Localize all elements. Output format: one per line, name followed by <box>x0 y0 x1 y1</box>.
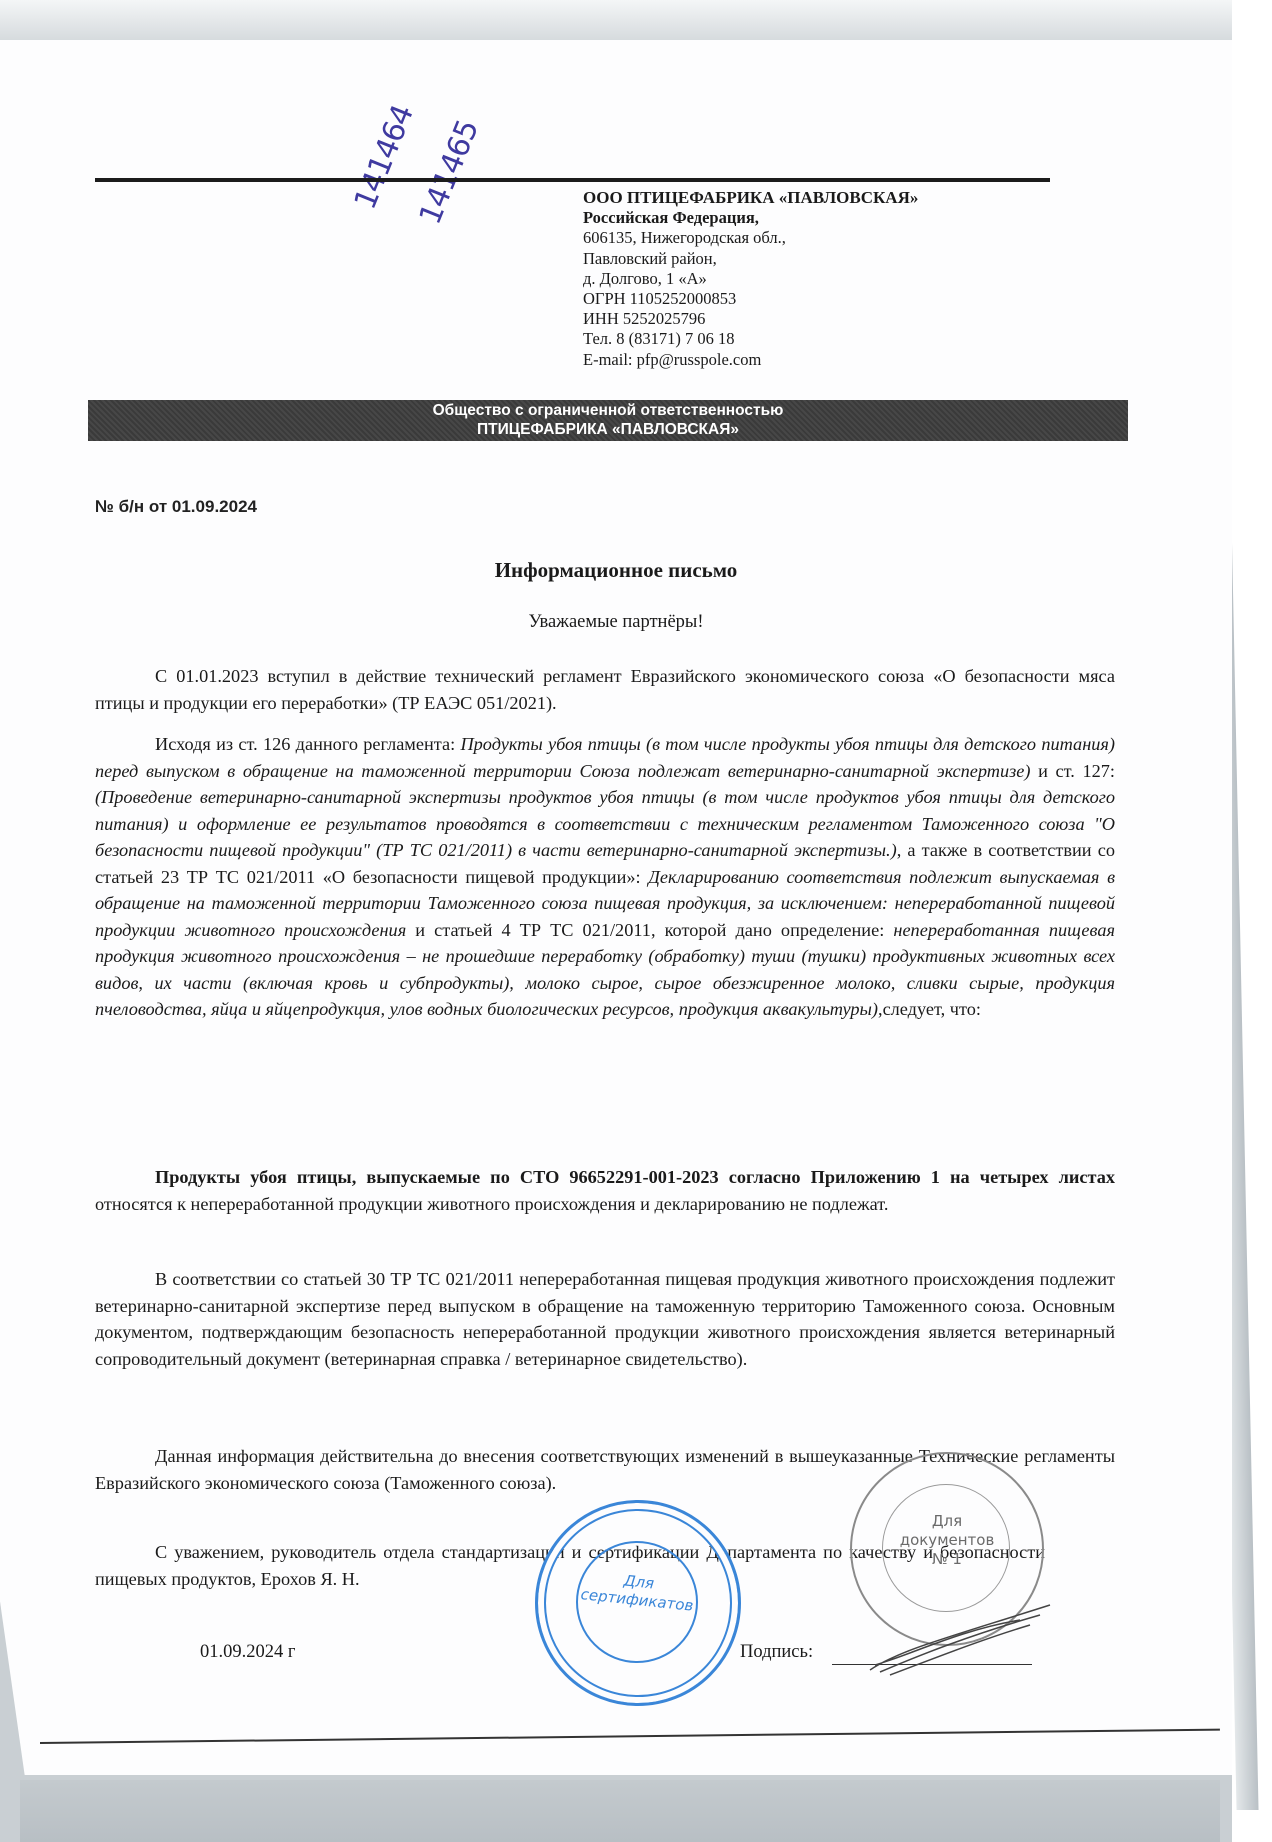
p2-segment: и ст. 127: <box>1030 761 1115 781</box>
paragraph-1-text: С 01.01.2023 вступил в действие техничес… <box>95 663 1115 716</box>
blue-stamp-icon: Для сертификатов <box>535 1500 741 1706</box>
company-name: ООО ПТИЦЕФАБРИКА «ПАВЛОВСКАЯ» <box>583 188 1063 208</box>
document-title: Информационное письмо <box>0 558 1232 583</box>
company-country: Российская Федерация, <box>583 208 1063 228</box>
paragraph-3-text: Продукты убоя птицы, выпускаемые по СТО … <box>95 1164 1115 1217</box>
stamp-center-text: Для документов № 1 <box>852 1512 1042 1569</box>
paragraph-2: Исходя из ст. 126 данного регламента: Пр… <box>95 731 1115 1023</box>
stamp-center-line: документов <box>852 1531 1042 1550</box>
banner-line2: ПТИЦЕФАБРИКА «ПАВЛОВСКАЯ» <box>88 420 1128 439</box>
company-inn: ИНН 5252025796 <box>583 309 1063 329</box>
scan-background-bottom <box>20 1780 1220 1842</box>
company-address-line3: д. Долгово, 1 «А» <box>583 269 1063 289</box>
letterhead-company-block: ООО ПТИЦЕФАБРИКА «ПАВЛОВСКАЯ» Российская… <box>583 188 1063 370</box>
signature-date: 01.09.2024 г <box>200 1642 295 1663</box>
letterhead-banner: Общество с ограниченной ответственностью… <box>88 400 1128 441</box>
paragraph-2-text: Исходя из ст. 126 данного регламента: Пр… <box>95 731 1115 1023</box>
company-email: E-mail: pfp@russpole.com <box>583 350 1063 370</box>
letterhead-rule <box>95 178 1050 182</box>
greeting: Уважаемые партнёры! <box>0 612 1232 633</box>
p3-rest: относятся к непереработанной продукции ж… <box>95 1194 888 1214</box>
stamp-center-line: Для <box>852 1512 1042 1531</box>
p3-bold: Продукты убоя птицы, выпускаемые по СТО … <box>155 1167 1115 1187</box>
paragraph-4: В соответствии со статьей 30 ТР ТС 021/2… <box>95 1266 1115 1372</box>
paragraph-4-text: В соответствии со статьей 30 ТР ТС 021/2… <box>95 1266 1115 1372</box>
p2-segment: Исходя из ст. 126 данного регламента: <box>155 734 460 754</box>
company-address-line1: 606135, Нижегородская обл., <box>583 228 1063 248</box>
signature-scribble-icon <box>860 1600 1060 1680</box>
p2-segment: и статьей 4 ТР ТС 021/2011, которой дано… <box>406 920 893 940</box>
company-phone: Тел. 8 (83171) 7 06 18 <box>583 329 1063 349</box>
stamp-center-line: № 1 <box>852 1550 1042 1569</box>
company-ogrn: ОГРН 1105252000853 <box>583 289 1063 309</box>
paragraph-1: С 01.01.2023 вступил в действие техничес… <box>95 663 1115 716</box>
paragraph-3: Продукты убоя птицы, выпускаемые по СТО … <box>95 1164 1115 1217</box>
signature-label: Подпись: <box>740 1642 813 1663</box>
document-number: № б/н от 01.09.2024 <box>95 497 257 517</box>
company-address-line2: Павловский район, <box>583 249 1063 269</box>
p2-segment: ,следует, что: <box>878 999 981 1019</box>
banner-line1: Общество с ограниченной ответственностью <box>88 401 1128 420</box>
